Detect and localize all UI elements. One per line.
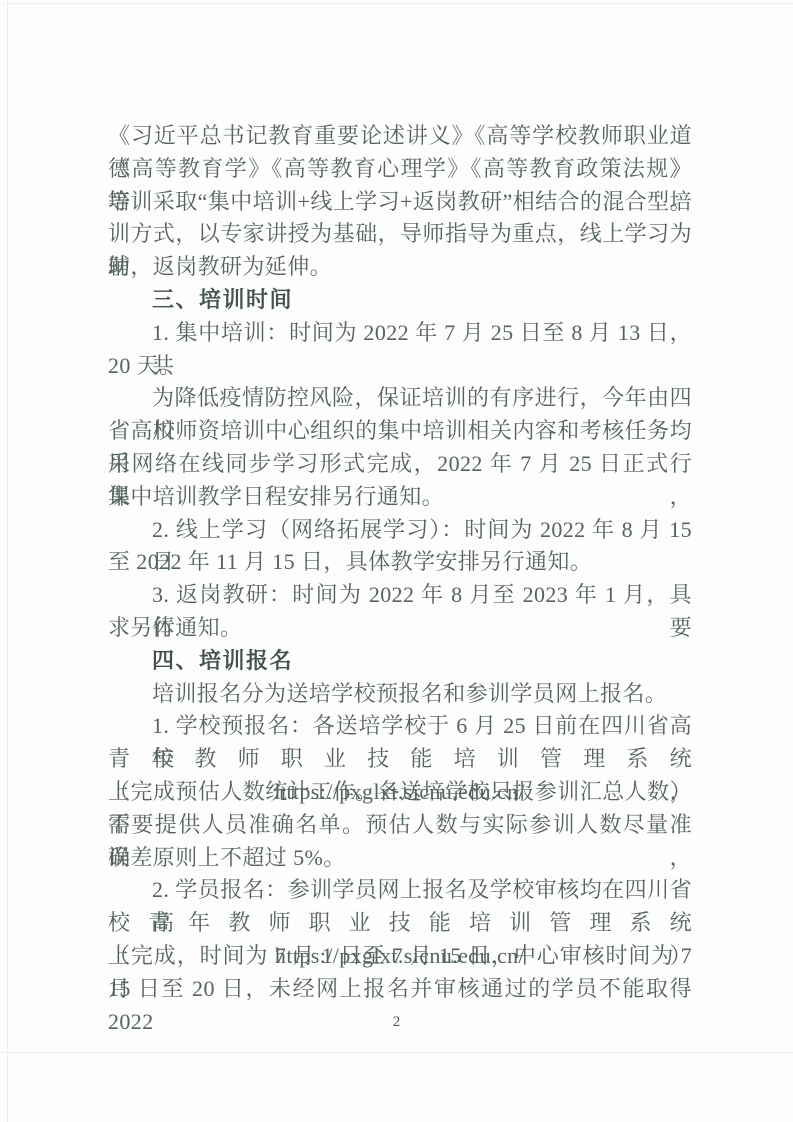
doc-line: 培训采取“集中培训+线上学习+返岗教研”相结合的混合型培 (108, 186, 692, 219)
doc-line: 上完成预估人数统计工作。各送培学校只报参训汇总人数，不 (108, 776, 692, 809)
heading-training-time: 三、培训时间 (108, 284, 692, 317)
doc-line: 省高校师资培训中心组织的集中培训相关内容和考核任务均采 (108, 415, 692, 448)
scanned-document-page: { "document": { "page_number": "2", "ink… (0, 0, 793, 1122)
doc-line: 需要提供人员准确名单。预估人数与实际参训人数尽量准确， (108, 809, 692, 842)
doc-line: 至 2022 年 11 月 15 日，具体教学安排另行通知。 (108, 546, 692, 579)
doc-line: 2. 学员报名：参训学员网上报名及学校审核均在四川省高 (108, 874, 692, 907)
scan-edge-top (0, 3, 793, 4)
doc-line: 用网络在线同步学习形式完成，2022 年 7 月 25 日正式行课， (108, 448, 692, 481)
doc-line: 校青年教师职业技能培训管理系统（https://pxglxt.sicnu.edu… (108, 907, 692, 940)
doc-line: 上完成，时间为 7 月 1 日至 7 月 15 日，中心审核时间为 7 月 (108, 940, 692, 973)
page-number: 2 (0, 1014, 793, 1031)
doc-line: 1. 学校预报名：各送培学校于 6 月 25 日前在四川省高校 (108, 710, 692, 743)
doc-line: 20 天。 (108, 350, 692, 383)
doc-line: 15 日至 20 日，未经网上报名并审核通过的学员不能取得 2022 (108, 973, 692, 1006)
doc-line: 3. 返岗教研：时间为 2022 年 8 月至 2023 年 1 月，具体要 (108, 579, 692, 612)
doc-line: 《习近平总书记教育重要论述讲义》《高等学校教师职业道德》 (108, 120, 692, 153)
scan-edge-bottom (0, 1052, 793, 1053)
doc-line: 助，返岗教研为延伸。 (108, 251, 692, 284)
document-text-block: 《习近平总书记教育重要论述讲义》《高等学校教师职业道德》 《高等教育学》《高等教… (108, 120, 692, 1006)
doc-line: 1. 集中培训：时间为 2022 年 7 月 25 日至 8 月 13 日，共 (108, 317, 692, 350)
doc-line: 2. 线上学习（网络拓展学习）：时间为 2022 年 8 月 15 日 (108, 514, 692, 547)
scan-edge-left (7, 0, 8, 1122)
doc-line: 培训报名分为送培学校预报名和参训学员网上报名。 (108, 678, 692, 711)
doc-line: 《高等教育学》《高等教育心理学》《高等教育政策法规》等。 (108, 153, 692, 186)
doc-line: 为降低疫情防控风险，保证培训的有序进行，今年由四川 (108, 382, 692, 415)
heading-training-registration: 四、培训报名 (108, 645, 692, 678)
doc-line: 训方式，以专家讲授为基础，导师指导为重点，线上学习为辅 (108, 218, 692, 251)
doc-line: 青年教师职业技能培训管理系统（https://pxglxt.sicnu.edu.… (108, 743, 692, 776)
